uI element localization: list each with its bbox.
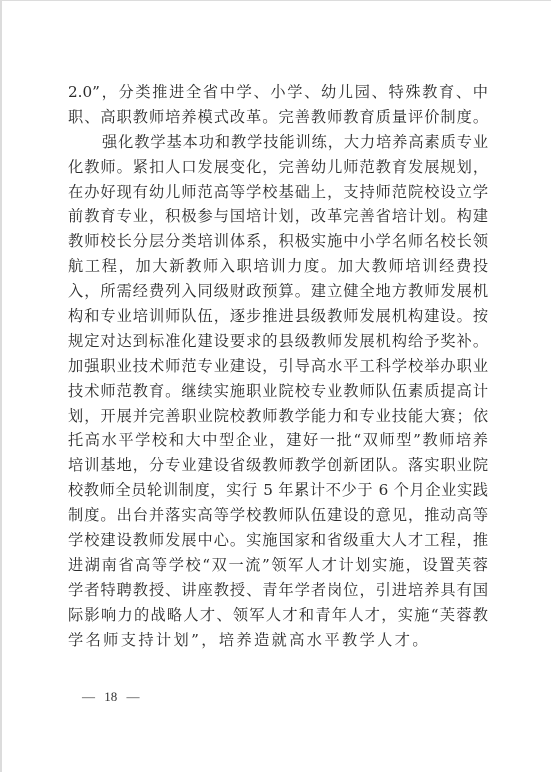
text-line: 教师校长分层分类培训体系，积极实施中小学名师名校长领 [68, 229, 488, 254]
text-line: 前教育专业，积极参与国培计划，改革完善省培计划。构建 [68, 204, 488, 229]
text-line: 制度。出台并落实高等学校教师队伍建设的意见，推动高等 [68, 503, 488, 528]
document-page: 2.0”，分类推进全省中学、小学、幼儿园、特殊教育、中 职、高职教师培养模式改革… [0, 0, 551, 772]
text-line: 划，开展并完善职业院校教师教学能力和专业技能大赛；依 [68, 404, 488, 429]
paragraph-end-line: 学名师支持计划”，培养造就高水平教学人才。 [68, 628, 488, 653]
body-text: 2.0”，分类推进全省中学、小学、幼儿园、特殊教育、中 职、高职教师培养模式改革… [68, 80, 488, 652]
text-line: 入，所需经费列入同级财政预算。建立健全地方教师发展机 [68, 279, 488, 304]
text-line: 托高水平学校和大中型企业，建好一批“双师型”教师培养 [68, 428, 488, 453]
text-line: 校教师全员轮训制度，实行 5 年累计不少于 6 个月企业实践 [68, 478, 488, 503]
page-number: — 18 — [82, 689, 140, 705]
text-line: 构和专业培训师队伍，逐步推进县级教师发展机构建设。按 [68, 304, 488, 329]
text-line: 航工程，加大新教师入职培训力度。加大教师培训经费投 [68, 254, 488, 279]
text-line: 2.0”，分类推进全省中学、小学、幼儿园、特殊教育、中 [68, 80, 488, 105]
text-line: 在办好现有幼儿师范高等学校基础上，支持师范院校设立学 [68, 180, 488, 205]
paragraph-start-line: 强化教学基本功和教学技能训练，大力培养高素质专业 [68, 130, 488, 155]
text-line: 学者特聘教授、讲座教授、青年学者岗位，引进培养具有国 [68, 578, 488, 603]
text-line: 培训基地，分专业建设省级教师教学创新团队。落实职业院 [68, 453, 488, 478]
text-line: 化教师。紧扣人口发展变化，完善幼儿师范教育发展规划， [68, 155, 488, 180]
text-line: 职、高职教师培养模式改革。完善教师教育质量评价制度。 [68, 105, 488, 130]
text-line: 规定对达到标准化建设要求的县级教师发展机构给予奖补。 [68, 329, 488, 354]
text-line: 加强职业技术师范专业建设，引导高水平工科学校举办职业 [68, 354, 488, 379]
text-line: 技术师范教育。继续实施职业院校专业教师队伍素质提高计 [68, 379, 488, 404]
text-line: 际影响力的战略人才、领军人才和青年人才，实施“芙蓉教 [68, 603, 488, 628]
text-line: 进湖南省高等学校“双一流”领军人才计划实施，设置芙蓉 [68, 553, 488, 578]
text-line: 学校建设教师发展中心。实施国家和省级重大人才工程，推 [68, 528, 488, 553]
